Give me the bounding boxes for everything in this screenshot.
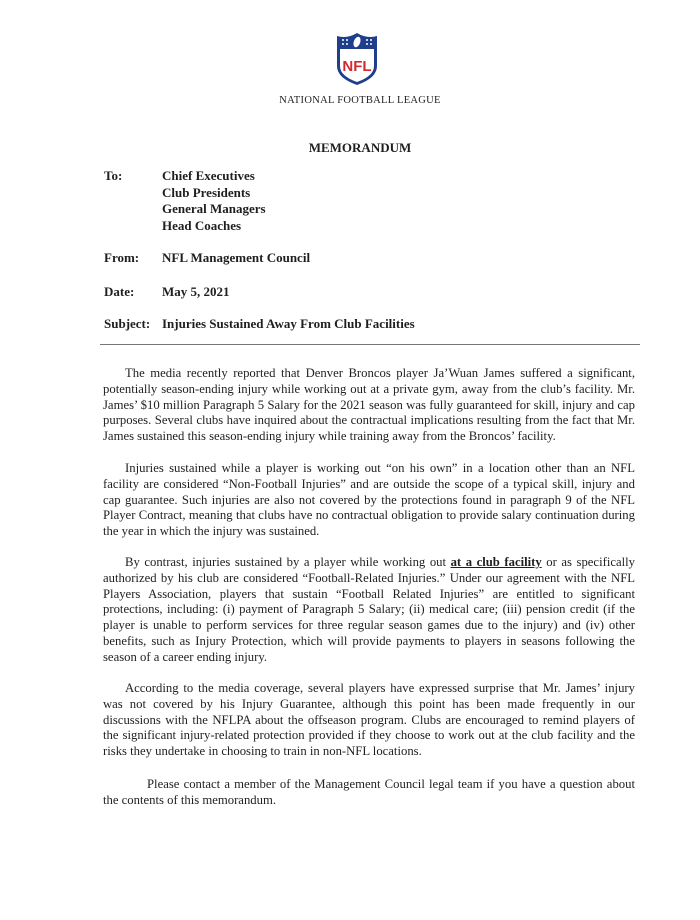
subject-value: Injuries Sustained Away From Club Facili… xyxy=(162,316,415,333)
header-divider xyxy=(100,344,640,345)
subject-label: Subject: xyxy=(104,316,164,332)
recipient: Head Coaches xyxy=(162,218,266,235)
memo-title: MEMORANDUM xyxy=(0,140,700,156)
paragraph-4: According to the media coverage, several… xyxy=(103,681,635,760)
from-label: From: xyxy=(104,250,164,266)
paragraph-2: Injuries sustained while a player is wor… xyxy=(103,461,635,540)
paragraph-text: Injuries sustained while a player is wor… xyxy=(103,461,635,540)
paragraph-text: By contrast, injuries sustained by a pla… xyxy=(103,555,635,666)
paragraph-3: By contrast, injuries sustained by a pla… xyxy=(103,555,635,666)
recipient: Club Presidents xyxy=(162,185,266,202)
from-value: NFL Management Council xyxy=(162,250,310,267)
date-label: Date: xyxy=(104,284,164,300)
paragraph-1: The media recently reported that Denver … xyxy=(103,366,635,445)
paragraph-text: Please contact a member of the Managemen… xyxy=(103,777,635,809)
paragraph-5: Please contact a member of the Managemen… xyxy=(103,777,635,809)
paragraph-text: According to the media coverage, several… xyxy=(103,681,635,760)
to-label: To: xyxy=(104,168,164,184)
paragraph-text: The media recently reported that Denver … xyxy=(103,366,635,445)
svg-text:NFL: NFL xyxy=(342,58,371,75)
recipient: General Managers xyxy=(162,201,266,218)
recipient: Chief Executives xyxy=(162,168,266,185)
date-value: May 5, 2021 xyxy=(162,284,230,301)
nfl-shield-logo-icon: NFL xyxy=(335,32,379,86)
emphasis-club-facility: at a club facility xyxy=(451,555,542,569)
organization-name: NATIONAL FOOTBALL LEAGUE xyxy=(0,95,700,106)
